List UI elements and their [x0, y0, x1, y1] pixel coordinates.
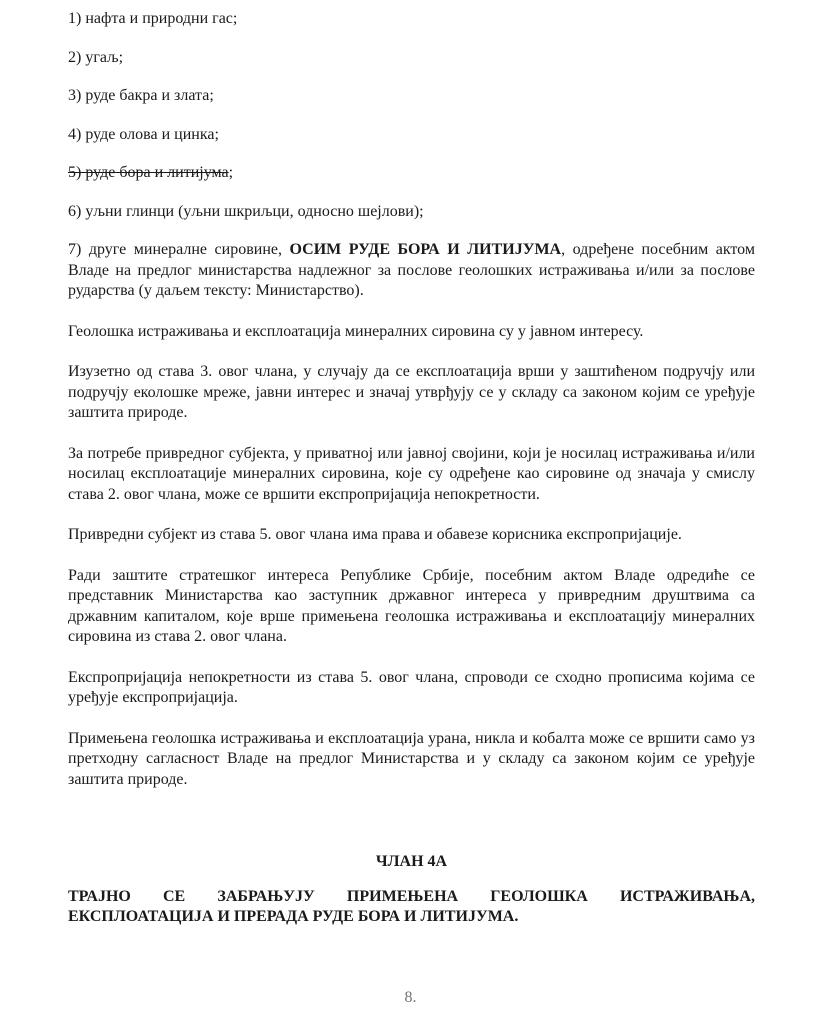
item7-text-before: 7) друге минералне сировине, [68, 241, 290, 258]
list-item-1: 1) нафта и природни гас; [68, 9, 755, 30]
list-item-6: 6) уљни глинци (уљни шкриљци, односно ше… [68, 202, 755, 223]
paragraph-expropriation-regulations: Експропријација непокретности из става 5… [68, 668, 755, 709]
paragraph-expropriation-rights: Привредни субјект из става 5. овог члана… [68, 525, 755, 546]
paragraph-public-interest: Геолошка истраживања и експлоатација мин… [68, 322, 755, 343]
page-number: 8. [0, 988, 821, 1009]
struck-text: 5) руде бора и литијума [68, 164, 229, 181]
struck-item-suffix: ; [229, 164, 233, 181]
list-item-3: 3) руде бакра и злата; [68, 86, 755, 107]
paragraph-state-representative: Ради заштите стратешког интереса Републи… [68, 566, 755, 648]
list-item-4: 4) руде олова и цинка; [68, 125, 755, 146]
paragraph-uranium-nickel-cobalt: Примењена геолошка истраживања и експлоа… [68, 729, 755, 791]
article-heading: ЧЛАН 4А [68, 852, 755, 873]
item7-bold-exception: ОСИМ РУДЕ БОРА И ЛИТИЈУМА [290, 241, 562, 258]
list-item-2: 2) угаљ; [68, 48, 755, 69]
paragraph-expropriation-allowed: За потребе привредног субјекта, у приват… [68, 444, 755, 506]
list-item-7: 7) друге минералне сировине, ОСИМ РУДЕ Б… [68, 240, 755, 302]
paragraph-permanent-ban: ТРАЈНО СЕ ЗАБРАЊУЈУ ПРИМЕЊЕНА ГЕОЛОШКА И… [68, 887, 755, 928]
list-item-5-struck: 5) руде бора и литијума; [68, 163, 755, 184]
paragraph-protected-area-exception: Изузетно од става 3. овог члана, у случа… [68, 362, 755, 424]
document-page: 1) нафта и природни гас; 2) угаљ; 3) руд… [0, 0, 821, 1024]
